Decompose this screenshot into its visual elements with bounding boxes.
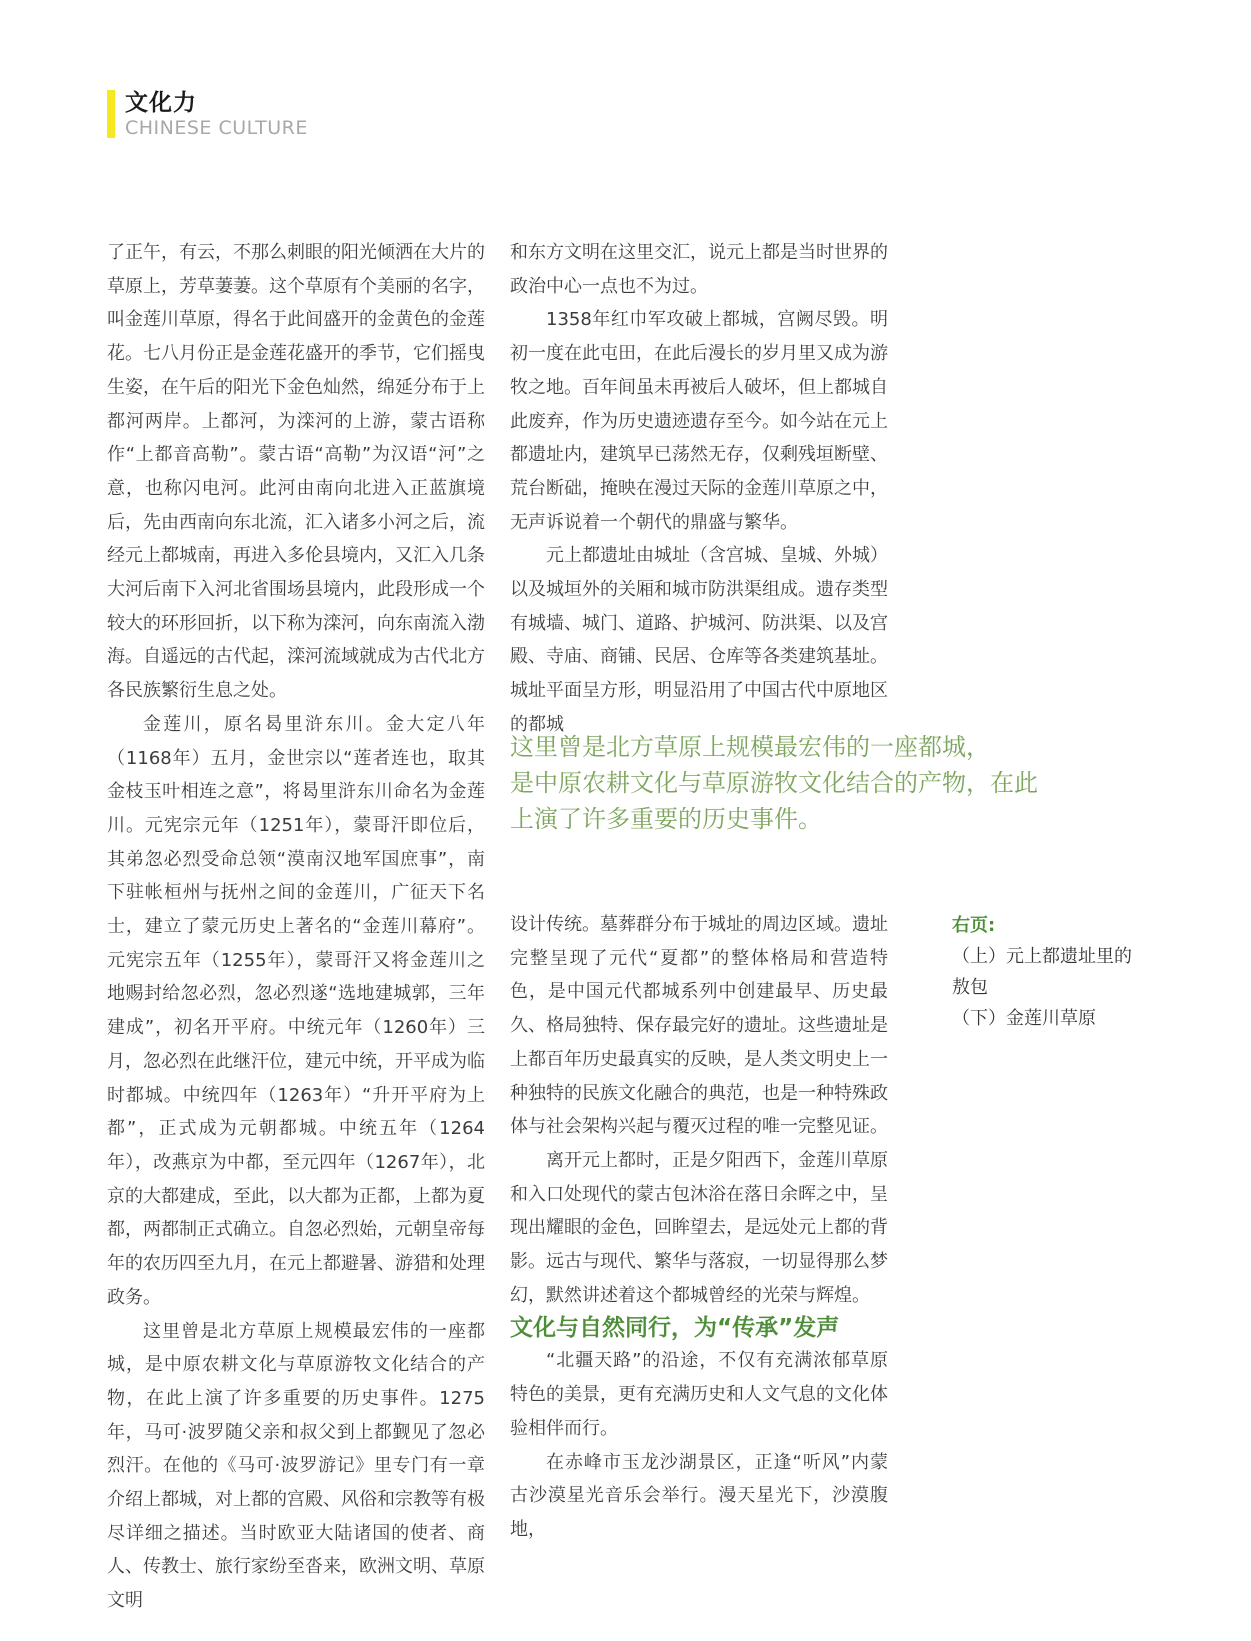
pull-quote-line: 这里曾是北方草原上规模最宏伟的一座都城， <box>510 729 1075 765</box>
photo-caption: 右页: （上）元上都遗址里的敖包 （下）金莲川草原 <box>952 910 1140 1034</box>
paragraph: 了正午，有云，不那么刺眼的阳光倾洒在大片的草原上，芳草萋萋。这个草原有个美丽的名… <box>107 236 485 708</box>
section-title: 文化力 <box>125 90 308 116</box>
pull-quote-line: 上演了许多重要的历史事件。 <box>510 801 1075 837</box>
paragraph: 金莲川，原名曷里浒东川。金大定八年（1168年）五月，金世宗以“莲者连也，取其金… <box>107 708 485 1315</box>
paragraph: 离开元上都时，正是夕阳西下，金莲川草原和入口处现代的蒙古包沐浴在落日余晖之中，呈… <box>510 1144 888 1313</box>
pull-quote-line: 是中原农耕文化与草原游牧文化结合的产物，在此 <box>510 765 1075 801</box>
photo-caption-item: （下）金莲川草原 <box>952 1003 1140 1034</box>
masthead: 文化力 CHINESE CULTURE <box>107 90 308 140</box>
photo-caption-item: （上）元上都遗址里的敖包 <box>952 941 1140 1003</box>
paragraph: 这里曾是北方草原上规模最宏伟的一座都城，是中原农耕文化与草原游牧文化结合的产物，… <box>107 1315 485 1618</box>
paragraph: 在赤峰市玉龙沙湖景区，正逢“听风”内蒙古沙漠星光音乐会举行。漫天星光下，沙漠腹地… <box>510 1446 888 1547</box>
section-subtitle: CHINESE CULTURE <box>125 116 308 140</box>
photo-caption-label: 右页: <box>952 910 1140 941</box>
paragraph: 设计传统。墓葬群分布于城址的周边区域。遗址完整呈现了元代“夏都”的整体格局和营造… <box>510 908 888 1144</box>
magazine-page: 文化力 CHINESE CULTURE 了正午，有云，不那么刺眼的阳光倾洒在大片… <box>0 0 1251 1641</box>
paragraph: 1358年红巾军攻破上都城，宫阙尽毁。明初一度在此屯田，在此后漫长的岁月里又成为… <box>510 303 888 539</box>
pull-quote: 这里曾是北方草原上规模最宏伟的一座都城， 是中原农耕文化与草原游牧文化结合的产物… <box>510 729 1075 837</box>
paragraph: 元上都遗址由城址（含宫城、皇城、外城）以及城垣外的关厢和城市防洪渠组成。遗存类型… <box>510 539 888 741</box>
right-column-bottom: 设计传统。墓葬群分布于城址的周边区域。遗址完整呈现了元代“夏都”的整体格局和营造… <box>510 908 888 1547</box>
section-subheading: 文化与自然同行，为“传承”发声 <box>510 1312 888 1344</box>
paragraph: 和东方文明在这里交汇，说元上都是当时世界的政治中心一点也不为过。 <box>510 236 888 303</box>
yellow-accent-bar <box>107 90 115 138</box>
paragraph: “北疆天路”的沿途，不仅有充满浓郁草原特色的美景，更有充满历史和人文气息的文化体… <box>510 1344 888 1445</box>
right-column-top: 和东方文明在这里交汇，说元上都是当时世界的政治中心一点也不为过。 1358年红巾… <box>510 236 888 742</box>
masthead-titles: 文化力 CHINESE CULTURE <box>125 90 308 140</box>
left-column: 了正午，有云，不那么刺眼的阳光倾洒在大片的草原上，芳草萋萋。这个草原有个美丽的名… <box>107 236 485 1618</box>
